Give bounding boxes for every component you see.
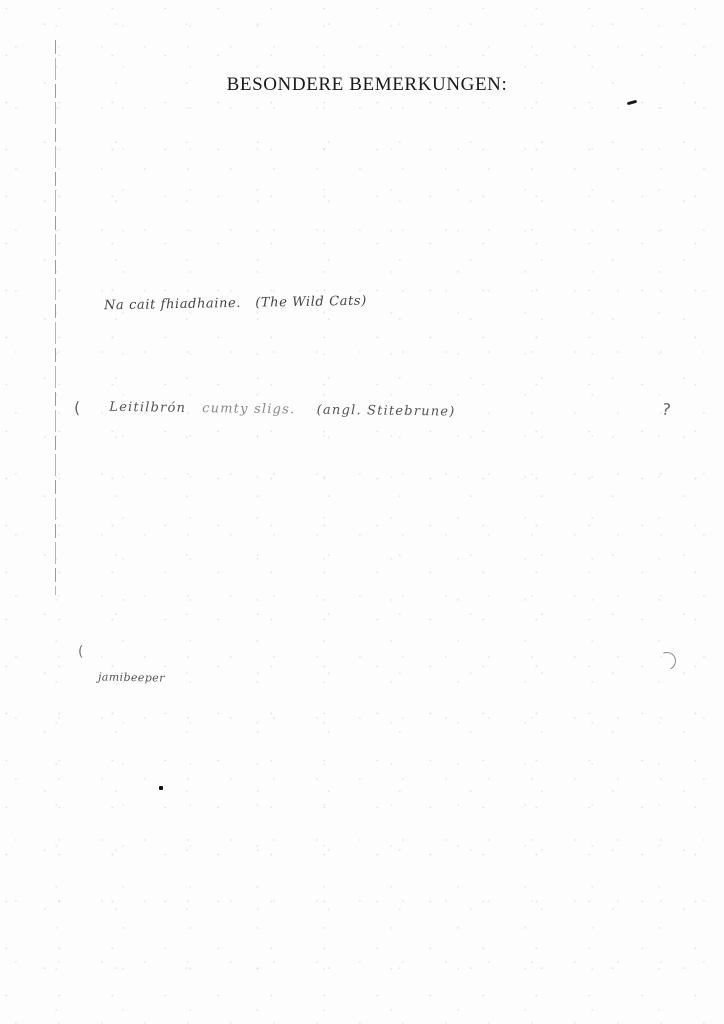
bracket-mark-2: ( (78, 644, 83, 660)
note-1-text: Na cait fhiadhaine. (104, 296, 241, 313)
handwritten-note-1: Na cait fhiadhaine. (The Wild Cats) (104, 294, 367, 314)
handwritten-note-2: Leitilbrón cumty sligs. (angl. Stitebrun… (80, 399, 456, 419)
left-margin-rule (55, 40, 56, 595)
note-2-translation: (angl. Stitebrune) (317, 403, 456, 420)
margin-circle-mark (655, 649, 678, 672)
margin-question-mark: ? (660, 399, 672, 419)
page-title: BESONDERE BEMERKUNGEN: (0, 74, 724, 96)
pen-mark (627, 100, 637, 105)
note-2-faint-text: cumty sligs. (202, 401, 295, 417)
document-page: BESONDERE BEMERKUNGEN: Na cait fhiadhain… (0, 0, 724, 1024)
handwritten-note-3: jamibeeper (98, 670, 165, 684)
ink-dot (159, 786, 163, 790)
note-1-translation: (The Wild Cats) (255, 294, 367, 311)
note-2-text: Leitilbrón (109, 400, 186, 416)
